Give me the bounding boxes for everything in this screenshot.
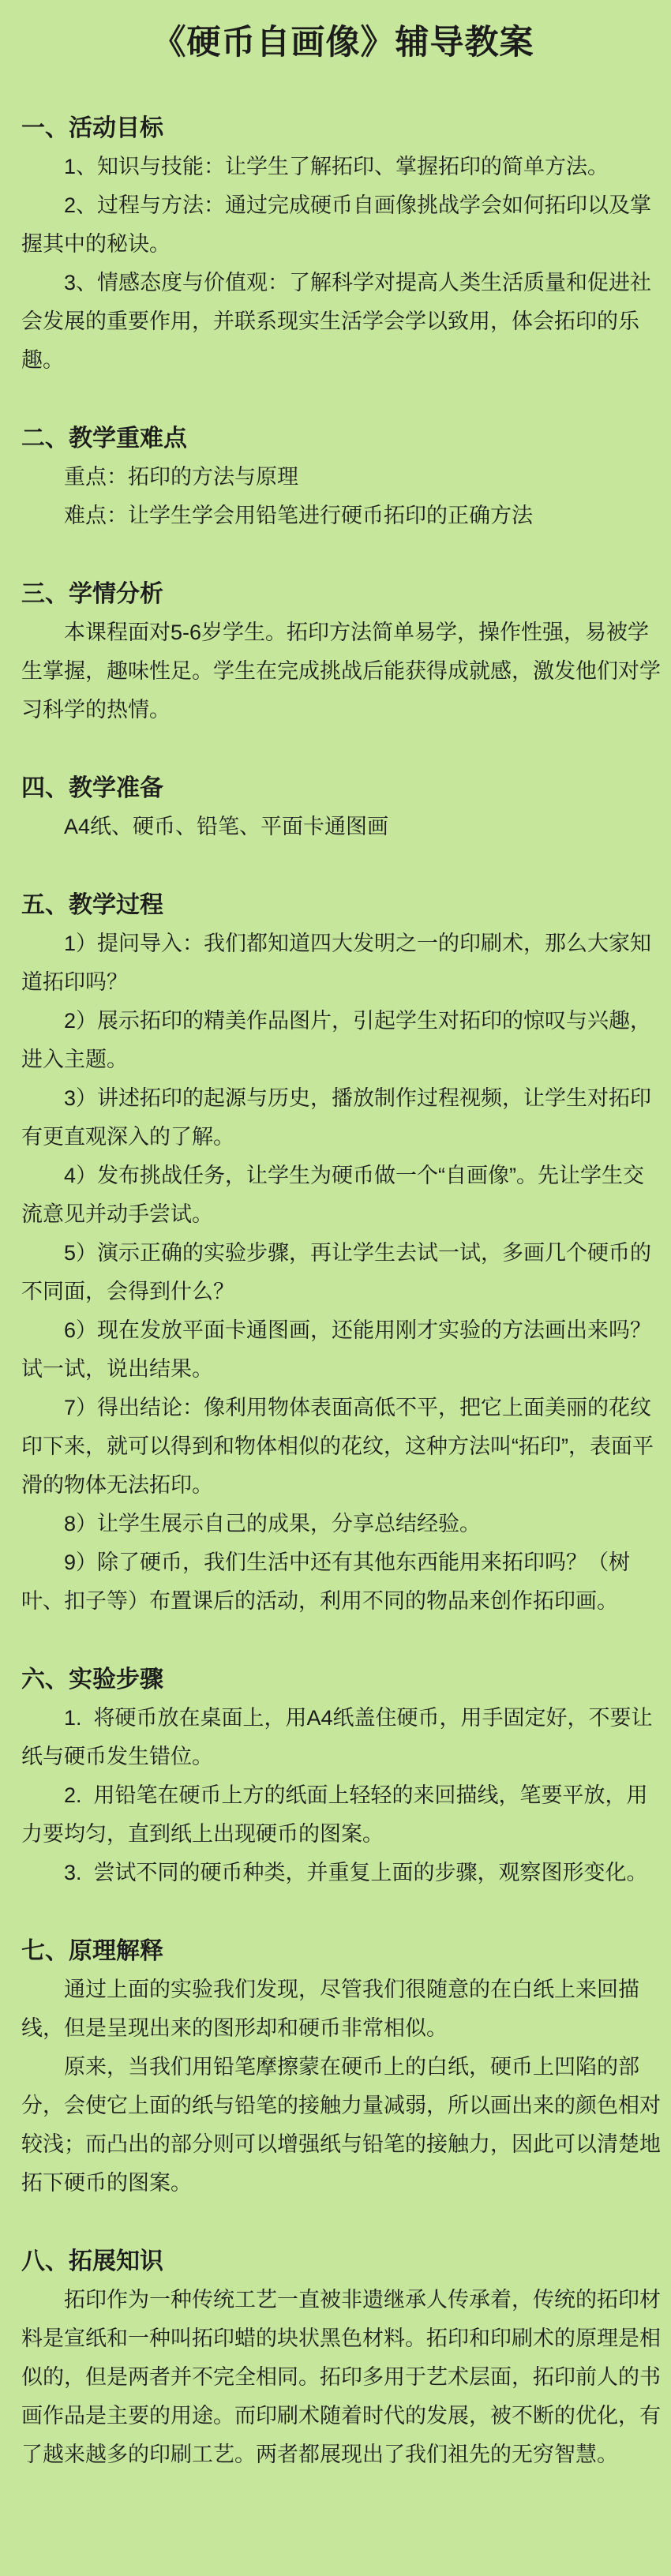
section-principle-explanation: 七、原理解释 通过上面的实验我们发现，尽管我们很随意的在白纸上来回描线，但是呈现…: [21, 1932, 665, 2203]
section-heading: 三、学情分析: [21, 575, 665, 613]
paragraph: 1）提问导入：我们都知道四大发明之一的印刷术，那么大家知道拓印吗？: [21, 924, 665, 1002]
paragraph: 原来，当我们用铅笔摩擦蒙在硬币上的白纸，硬币上凹陷的部分，会使它上面的纸与铅笔的…: [21, 2048, 665, 2203]
paragraph: 重点：拓印的方法与原理: [21, 458, 665, 497]
paragraph: 1. 将硬币放在桌面上，用A4纸盖住硬币，用手固定好，不要让纸与硬币发生错位。: [21, 1699, 665, 1776]
paragraph: 本课程面对5-6岁学生。拓印方法简单易学，操作性强，易被学生掌握，趣味性足。学生…: [21, 613, 665, 729]
section-heading: 八、拓展知识: [21, 2242, 665, 2281]
paragraph: 7）得出结论：像利用物体表面高低不平，把它上面美丽的花纹印下来，就可以得到和物体…: [21, 1389, 665, 1505]
paragraph: 4）发布挑战任务，让学生为硬币做一个“自画像”。先让学生交流意见并动手尝试。: [21, 1157, 665, 1234]
section-heading: 七、原理解释: [21, 1932, 665, 1970]
section-teaching-process: 五、教学过程 1）提问导入：我们都知道四大发明之一的印刷术，那么大家知道拓印吗？…: [21, 886, 665, 1621]
paragraph: 2）展示拓印的精美作品图片，引起学生对拓印的惊叹与兴趣，进入主题。: [21, 1002, 665, 1079]
section-teaching-preparation: 四、教学准备 A4纸、硬币、铅笔、平面卡通图画: [21, 769, 665, 846]
section-heading: 五、教学过程: [21, 886, 665, 924]
paragraph: 通过上面的实验我们发现，尽管我们很随意的在白纸上来回描线，但是呈现出来的图形却和…: [21, 1970, 665, 2048]
section-activity-goals: 一、活动目标 1、知识与技能：让学生了解拓印、掌握拓印的简单方法。 2、过程与方…: [21, 109, 665, 380]
section-heading: 六、实验步骤: [21, 1660, 665, 1699]
section-experiment-steps: 六、实验步骤 1. 将硬币放在桌面上，用A4纸盖住硬币，用手固定好，不要让纸与硬…: [21, 1660, 665, 1892]
paragraph: 9）除了硬币，我们生活中还有其他东西能用来拓印吗？（树叶、扣子等）布置课后的活动…: [21, 1543, 665, 1621]
paragraph: 2、过程与方法：通过完成硬币自画像挑战学会如何拓印以及掌握其中的秘诀。: [21, 186, 665, 264]
lesson-plan-document: 《硬币自画像》辅导教案 一、活动目标 1、知识与技能：让学生了解拓印、掌握拓印的…: [0, 0, 671, 2508]
paragraph: 3）讲述拓印的起源与历史，播放制作过程视频，让学生对拓印有更直观深入的了解。: [21, 1079, 665, 1157]
paragraph: 6）现在发放平面卡通图画，还能用刚才实验的方法画出来吗？试一试，说出结果。: [21, 1311, 665, 1389]
section-teaching-key-points: 二、教学重难点 重点：拓印的方法与原理 难点：让学生学会用铅笔进行硬币拓印的正确…: [21, 419, 665, 535]
paragraph: 3、情感态度与价值观：了解科学对提高人类生活质量和促进社会发展的重要作用，并联系…: [21, 264, 665, 380]
paragraph: A4纸、硬币、铅笔、平面卡通图画: [21, 808, 665, 846]
paragraph: 3. 尝试不同的硬币种类，并重复上面的步骤，观察图形变化。: [21, 1854, 665, 1892]
doc-title: 《硬币自画像》辅导教案: [21, 22, 665, 63]
section-extended-knowledge: 八、拓展知识 拓印作为一种传统工艺一直被非遗继承人传承着，传统的拓印材料是宣纸和…: [21, 2242, 665, 2474]
paragraph: 难点：让学生学会用铅笔进行硬币拓印的正确方法: [21, 497, 665, 535]
section-heading: 一、活动目标: [21, 109, 665, 148]
paragraph: 1、知识与技能：让学生了解拓印、掌握拓印的简单方法。: [21, 148, 665, 186]
section-heading: 二、教学重难点: [21, 419, 665, 458]
paragraph: 8）让学生展示自己的成果，分享总结经验。: [21, 1505, 665, 1543]
paragraph: 2. 用铅笔在硬币上方的纸面上轻轻的来回描线，笔要平放，用力要均匀，直到纸上出现…: [21, 1776, 665, 1854]
section-heading: 四、教学准备: [21, 769, 665, 808]
paragraph: 5）演示正确的实验步骤，再让学生去试一试，多画几个硬币的不同面，会得到什么？: [21, 1234, 665, 1311]
paragraph: 拓印作为一种传统工艺一直被非遗继承人传承着，传统的拓印材料是宣纸和一种叫拓印蜡的…: [21, 2281, 665, 2474]
section-learner-analysis: 三、学情分析 本课程面对5-6岁学生。拓印方法简单易学，操作性强，易被学生掌握，…: [21, 575, 665, 729]
